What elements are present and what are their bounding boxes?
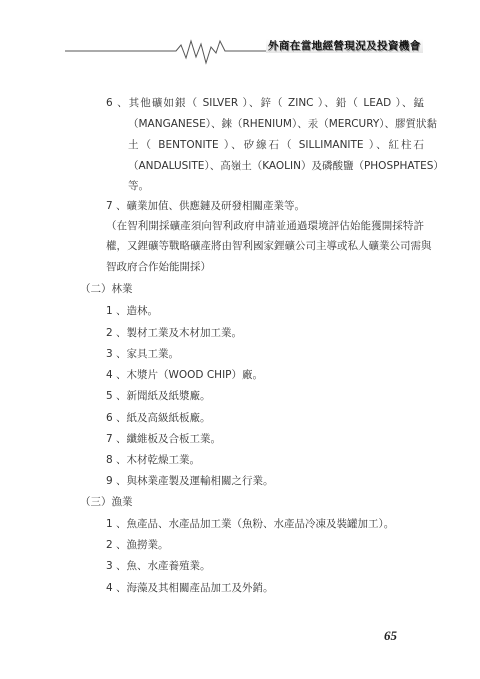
mining-note-line-2: 權，又鋰礦等戰略礦產將由智利國家鋰礦公司主導或私人礦業公司需與 [106,239,424,253]
forestry-item: 8 、木材乾燥工業。 [106,453,200,467]
fishery-heading: （三）漁業 [80,495,133,509]
forestry-item: 4 、木漿片（WOOD CHIP）廠。 [106,368,263,382]
fishery-item: 2 、漁撈業。 [106,538,169,552]
forestry-item: 7 、纖維板及合板工業。 [106,432,221,446]
forestry-heading: （二）林業 [80,282,133,296]
fishery-item: 4 、海藻及其相關產品加工及外銷。 [106,581,274,595]
mining-item-6-line-4: （ANDALUSITE）、高嶺土（KAOLIN）及磷酸鹽（PHOSPHATES） [128,159,444,173]
mining-item-6-line-5: 等。 [128,179,149,193]
forestry-item: 9 、與林業產製及運輸相關之行業。 [106,474,274,488]
document-page: 外商在當地經營現況及投資機會 6 、其他礦如銀（ SILVER ）、鋅（ ZIN… [0,0,480,679]
mining-item-7: 7 、礦業加值、供應鏈及研發相關產業等。 [106,199,305,213]
mining-note-line-1: （在智利開採礦產須向智利政府申請並通過環境評估始能獲開採特許 [106,219,424,233]
fishery-item: 1 、魚產品、水產品加工業（魚粉、水產品冷凍及裝罐加工）。 [106,517,394,531]
forestry-item: 3 、家具工業。 [106,347,179,361]
forestry-item: 6 、紙及高級紙板廠。 [106,411,211,425]
mining-item-6-line-2: （MANGANESE）、錸（RHENIUM）、汞（MERCURY）、膠質狀黏 [128,117,424,131]
mining-item-6-line-3: 土（ BENTONITE ）、矽線石（ SILLIMANITE ）、紅柱石 [128,138,424,152]
forestry-item: 2 、製材工業及木材加工業。 [106,326,242,340]
fishery-item: 3 、魚、水產養殖業。 [106,559,211,573]
forestry-item: 1 、造林。 [106,304,158,318]
page-number: 65 [384,628,397,644]
running-header: 外商在當地經營現況及投資機會 [0,30,480,70]
mining-note-line-3: 智政府合作始能開採） [106,260,211,274]
mining-item-6-line-1: 6 、其他礦如銀（ SILVER ）、鋅（ ZINC ）、鉛（ LEAD ）、錳 [106,96,424,110]
forestry-item: 5 、新聞紙及紙漿廠。 [106,389,211,403]
header-title: 外商在當地經營現況及投資機會 [266,39,423,53]
